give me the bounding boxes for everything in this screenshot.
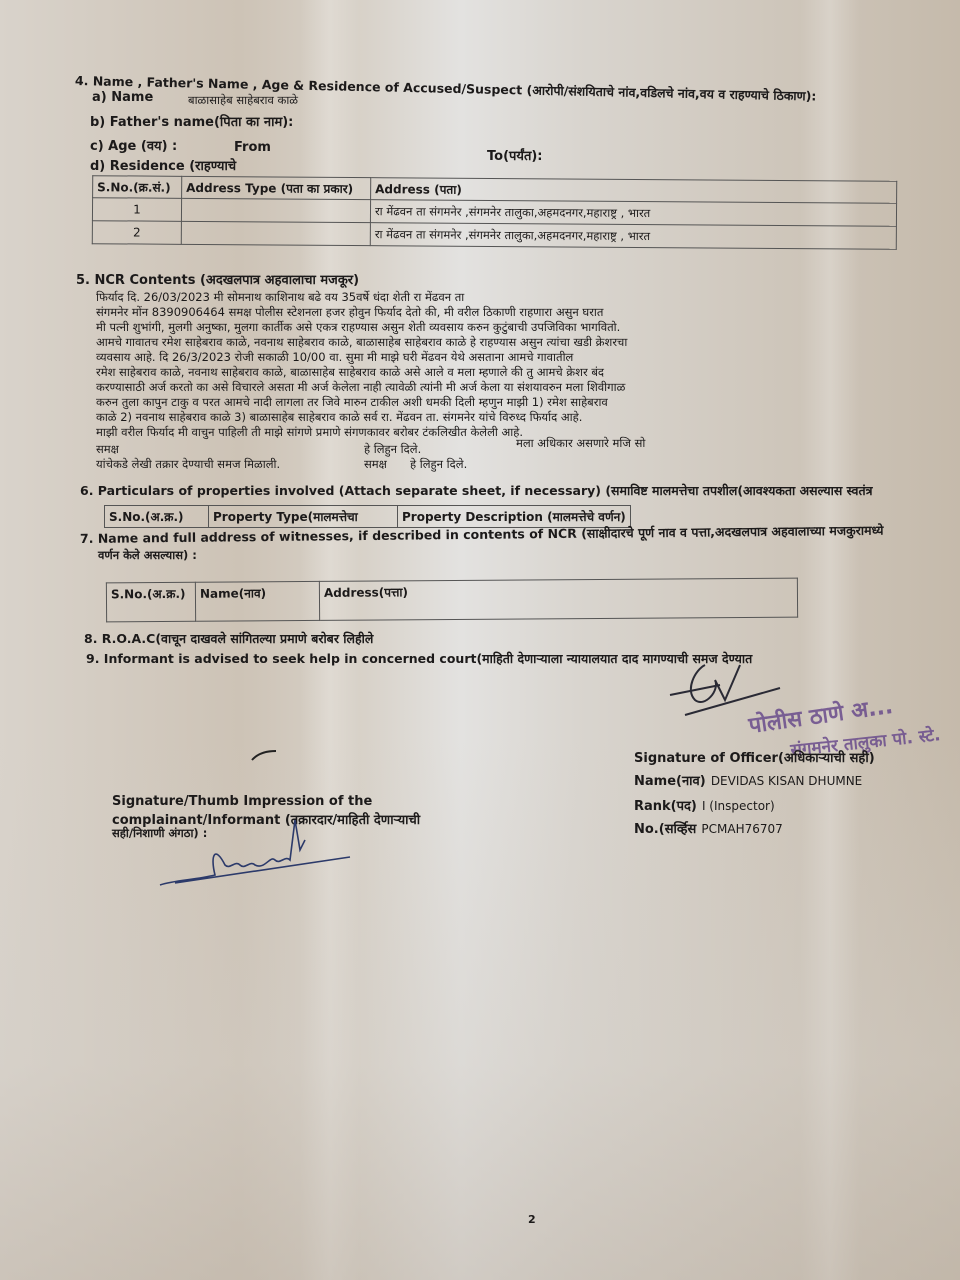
officer-no-label: No.(सर्व्हिस <box>634 822 696 837</box>
ncr-contents: फिर्याद दि. 26/03/2023 मी सोमनाथ काशिनाथ… <box>96 290 627 440</box>
ncr-yanchekade: यांचेकडे लेखी तक्रार देण्याची समज मिळाली… <box>96 457 280 472</box>
page-number: 2 <box>528 1213 536 1226</box>
section4-title: 4. Name , Father's Name , Age & Residenc… <box>75 72 817 105</box>
cell-address: रा मेंढवन ता संगमनेर ,संगमनेर तालुका,अहम… <box>370 223 896 250</box>
ncr-samaksh: समक्ष <box>96 442 119 457</box>
name-label: a) Name <box>92 90 153 105</box>
table-row: 2 रा मेंढवन ता संगमनेर ,संगमनेर तालुका,अ… <box>92 221 896 250</box>
ncr-samaksh2: समक्ष <box>364 457 387 472</box>
col-sno: S.No.(क्र.सं.) <box>93 176 182 199</box>
age-to-label: To(पर्यंत): <box>487 146 543 164</box>
complainant-signature <box>155 815 355 895</box>
col-address-type: Address Type (पता का प्रकार) <box>182 176 371 199</box>
officer-rank-row: Rank(पद) I (Inspector) <box>634 795 775 814</box>
cell-sno: 1 <box>92 198 181 222</box>
col-sno: S.No.(अ.क्र.) <box>106 582 195 622</box>
father-name-label: b) Father's name(पिता का नाम): <box>90 112 293 130</box>
officer-no-value: PCMAH76707 <box>701 822 782 836</box>
age-from-label: From <box>234 140 271 155</box>
officer-name-label: Name(नाव) <box>634 774 706 789</box>
col-name: Name(नाव) <box>195 581 319 621</box>
section9-informant-advice: 9. Informant is advised to seek help in … <box>86 650 752 667</box>
col-sno: S.No.(अ.क्र.) <box>105 506 209 528</box>
ncr-line: संगमनेर मोंन 8390906464 समक्ष पोलीस स्टे… <box>96 305 627 320</box>
cell-address-type <box>181 221 370 245</box>
ncr-line: आमचे गावातच रमेश साहेबराव काळे, नवनाथ सा… <box>96 335 627 350</box>
section6-title: 6. Particulars of properties involved (A… <box>80 482 872 499</box>
ncr-line: फिर्याद दि. 26/03/2023 मी सोमनाथ काशिनाथ… <box>96 290 627 305</box>
ncr-adhikar: मला अधिकार असणारे मजि सो <box>516 436 645 451</box>
age-label: c) Age (वय) : <box>90 136 177 154</box>
ncr-line: मी पत्नी शुभांगी, मुलगी अनुष्का, मुलगा क… <box>96 320 627 335</box>
residence-label: d) Residence (राहण्याचे <box>90 156 236 174</box>
officer-signature-label: Signature of Officer(अधिकाऱ्याची सही) <box>634 748 875 766</box>
ncr-line: व्यवसाय आहे. दि 26/3/2023 रोजी सकाळी 10/… <box>96 350 627 365</box>
ncr-line: रमेश साहेबराव काळे, नवनाथ साहेबराव काळे,… <box>96 365 627 380</box>
address-table: S.No.(क्र.सं.) Address Type (पता का प्रक… <box>92 175 897 250</box>
ncr-lihun-dile: हे लिहुन दिले. <box>364 442 421 457</box>
witness-table: S.No.(अ.क्र.) Name(नाव) Address(पत्ता) <box>106 578 798 623</box>
complainant-signature-label-1: Signature/Thumb Impression of the <box>112 794 372 809</box>
col-address: Address(पत्ता) <box>319 578 797 620</box>
cell-address-type <box>181 198 370 222</box>
section5-title: 5. NCR Contents (अदखलपात्र अहवालाचा मजकू… <box>76 270 359 288</box>
pen-mark <box>250 745 280 765</box>
accused-name: बाळासाहेब साहेबराव काळे <box>188 93 298 108</box>
officer-name-row: Name(नाव) DEVIDAS KISAN DHUMNE <box>634 770 862 789</box>
section7-title-2: वर्णन केले असल्यास) : <box>98 548 197 563</box>
cell-sno: 2 <box>92 221 181 245</box>
officer-name-value: DEVIDAS KISAN DHUMNE <box>711 774 862 788</box>
ncr-line: करुन तुला कापुन टाकु व परत आमचे नादी लाग… <box>96 395 627 410</box>
ncr-line: करण्यासाठी अर्ज करतो का असे विचारले असता… <box>96 380 627 395</box>
section8-roac: 8. R.O.A.C(वाचून दाखवले सांगितल्या प्रमा… <box>84 630 373 647</box>
col-property-type: Property Type(मालमत्तेचा <box>209 506 398 528</box>
officer-rank-value: I (Inspector) <box>702 799 775 813</box>
ncr-line: काळे 2) नवनाथ साहेबराव काळे 3) बाळासाहेब… <box>96 410 627 425</box>
witness-table-header: S.No.(अ.क्र.) Name(नाव) Address(पत्ता) <box>106 578 797 622</box>
ncr-lihun-dile2: हे लिहुन दिले. <box>410 457 467 472</box>
officer-rank-label: Rank(पद) <box>634 799 697 814</box>
officer-service-no-row: No.(सर्व्हिस PCMAH76707 <box>634 818 783 837</box>
